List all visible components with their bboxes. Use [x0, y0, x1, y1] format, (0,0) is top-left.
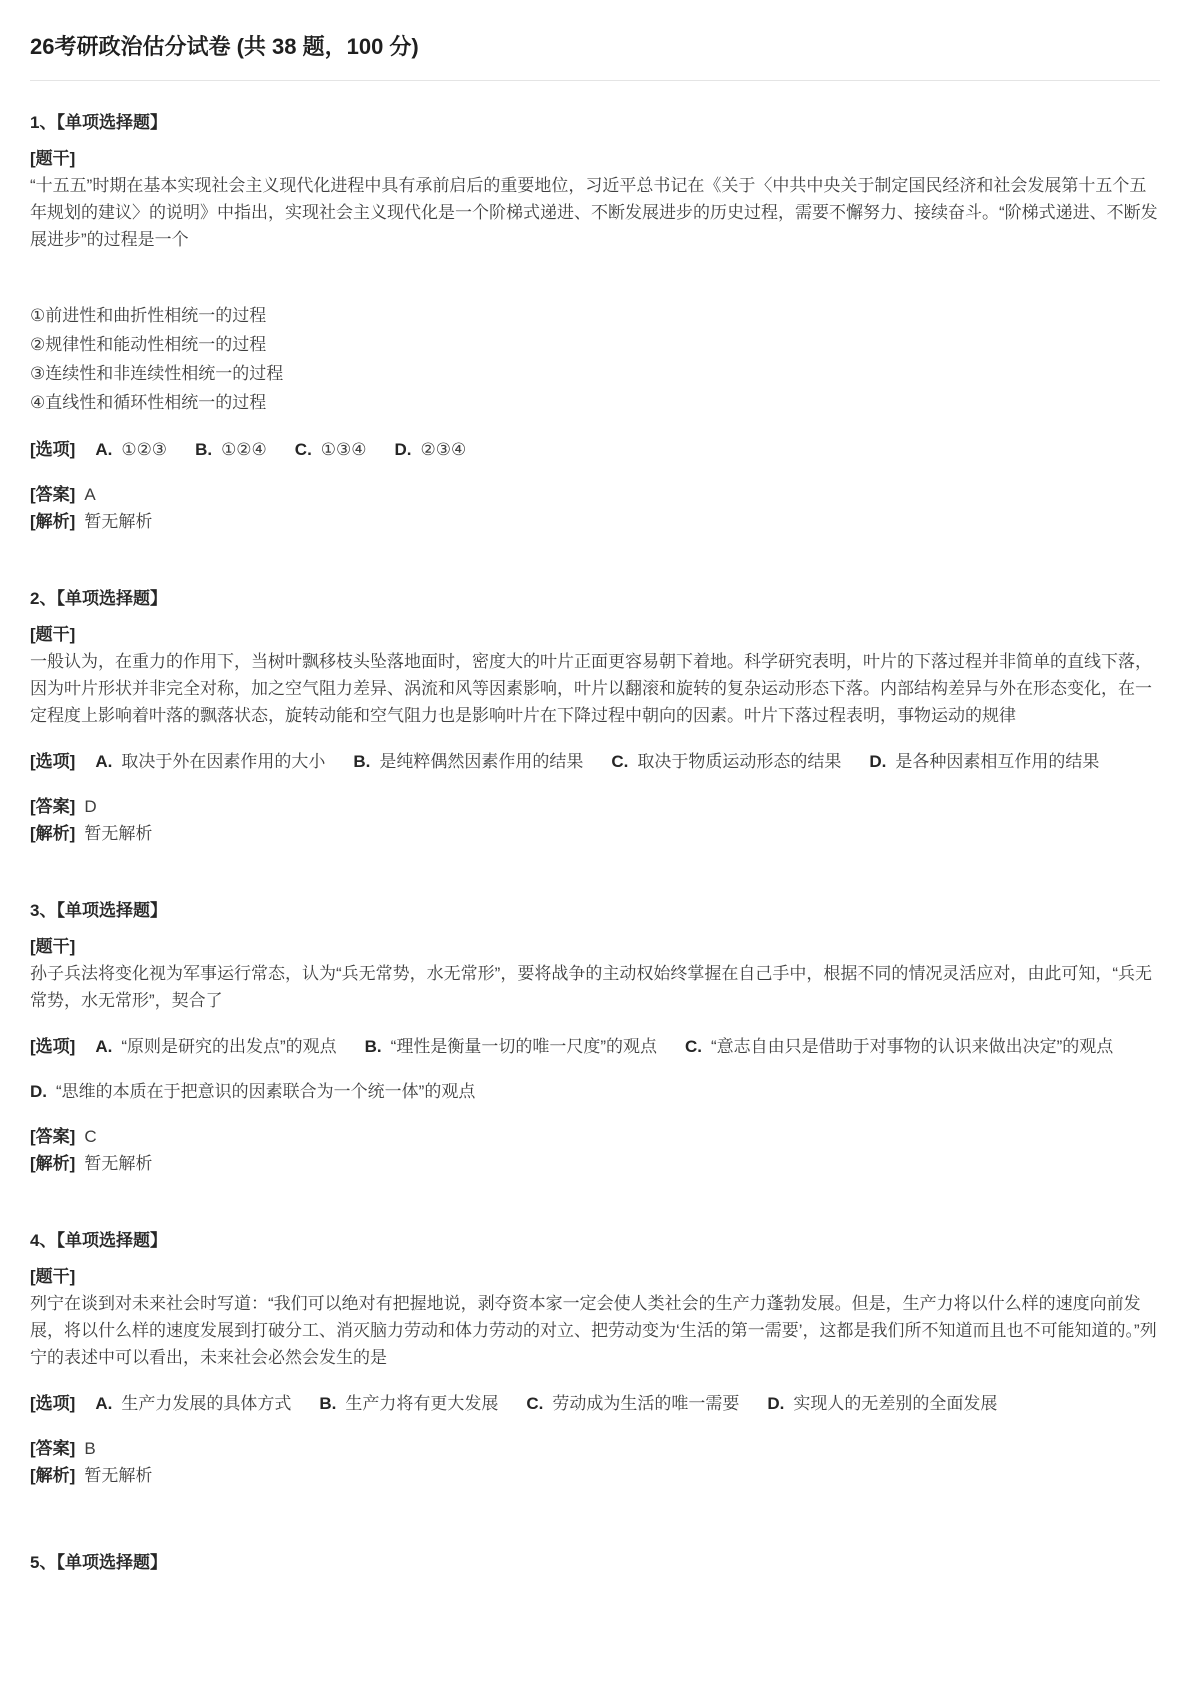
option-key: D. — [395, 440, 412, 459]
sub-items-list: ①前进性和曲折性相统一的过程②规律性和能动性相统一的过程③连续性和非连续性相统一… — [30, 301, 1160, 417]
page-title: 26考研政治估分试卷 (共 38 题，100 分) — [30, 34, 1160, 60]
option-text: 取决于物质运动形态的结果 — [637, 752, 841, 771]
option: D.“思维的本质在于把意识的因素联合为一个统一体”的观点 — [30, 1082, 475, 1101]
answer-label: [答案] — [30, 485, 75, 504]
option-key: C. — [526, 1394, 543, 1413]
question-header: 2、【单项选择题】 — [30, 587, 1160, 611]
stem-label: [题干] — [30, 933, 1160, 960]
analysis-label: [解析] — [30, 1154, 75, 1173]
option-key: B. — [195, 440, 212, 459]
analysis-label: [解析] — [30, 512, 75, 531]
analysis-label: [解析] — [30, 1466, 75, 1485]
options-row: [选项]A.“原则是研究的出发点”的观点B.“理性是衡量一切的唯一尺度”的观点C… — [30, 1024, 1160, 1114]
sub-item: ③连续性和非连续性相统一的过程 — [30, 359, 1160, 388]
answer-label: [答案] — [30, 1439, 75, 1458]
option: A.生产力发展的具体方式 — [95, 1394, 291, 1413]
options-label: [选项] — [30, 1394, 75, 1413]
sub-item: ②规律性和能动性相统一的过程 — [30, 330, 1160, 359]
answer-label: [答案] — [30, 1127, 75, 1146]
answer-row: [答案]D — [30, 793, 1160, 820]
stem-label: [题干] — [30, 621, 1160, 648]
answer-value: C — [84, 1127, 96, 1146]
option: D.是各种因素相互作用的结果 — [869, 752, 1099, 771]
option: B.生产力将有更大发展 — [319, 1394, 498, 1413]
option-key: B. — [365, 1037, 382, 1056]
analysis-value: 暂无解析 — [84, 1466, 152, 1485]
options-label: [选项] — [30, 440, 75, 459]
option-text: 实现人的无差别的全面发展 — [793, 1394, 997, 1413]
option-text: 生产力发展的具体方式 — [121, 1394, 291, 1413]
option-text: 劳动成为生活的唯一需要 — [552, 1394, 739, 1413]
option: B.是纯粹偶然因素作用的结果 — [353, 752, 583, 771]
analysis-row: [解析]暂无解析 — [30, 820, 1160, 847]
option: A.“原则是研究的出发点”的观点 — [95, 1037, 336, 1056]
option-key: A. — [95, 752, 112, 771]
option-text: “思维的本质在于把意识的因素联合为一个统一体”的观点 — [56, 1082, 475, 1101]
analysis-row: [解析]暂无解析 — [30, 1462, 1160, 1489]
option-text: 取决于外在因素作用的大小 — [121, 752, 325, 771]
option: B.“理性是衡量一切的唯一尺度”的观点 — [365, 1037, 657, 1056]
option-key: A. — [95, 440, 112, 459]
option-key: B. — [319, 1394, 336, 1413]
answer-label: [答案] — [30, 797, 75, 816]
question-block: 1、【单项选择题】[题干]“十五五”时期在基本实现社会主义现代化进程中具有承前启… — [30, 111, 1160, 535]
option: D.实现人的无差别的全面发展 — [767, 1394, 997, 1413]
answer-value: D — [84, 797, 96, 816]
answer-value: A — [84, 485, 95, 504]
answer-row: [答案]C — [30, 1123, 1160, 1150]
option: C.“意志自由只是借助于对事物的认识来做出决定”的观点 — [685, 1037, 1113, 1056]
option-key: C. — [295, 440, 312, 459]
sub-item: ④直线性和循环性相统一的过程 — [30, 388, 1160, 417]
question-stem: 一般认为，在重力的作用下，当树叶飘移枝头坠落地面时，密度大的叶片正面更容易朝下着… — [30, 648, 1160, 729]
question-stem: 孙子兵法将变化视为军事运行常态，认为“兵无常势，水无常形”，要将战争的主动权始终… — [30, 960, 1160, 1014]
questions-container: 1、【单项选择题】[题干]“十五五”时期在基本实现社会主义现代化进程中具有承前启… — [30, 111, 1160, 1489]
option-key: D. — [869, 752, 886, 771]
sub-item: ①前进性和曲折性相统一的过程 — [30, 301, 1160, 330]
option: B.①②④ — [195, 440, 267, 459]
stem-label: [题干] — [30, 1263, 1160, 1290]
option-text: 是各种因素相互作用的结果 — [895, 752, 1099, 771]
option-text: ①②③ — [121, 440, 167, 459]
option: D.②③④ — [395, 440, 467, 459]
answer-row: [答案]B — [30, 1435, 1160, 1462]
title-divider — [30, 80, 1160, 81]
analysis-row: [解析]暂无解析 — [30, 1150, 1160, 1177]
option-key: C. — [611, 752, 628, 771]
next-question-header: 5、【单项选择题】 — [30, 1551, 1160, 1575]
question-block: 2、【单项选择题】[题干]一般认为，在重力的作用下，当树叶飘移枝头坠落地面时，密… — [30, 587, 1160, 847]
analysis-row: [解析]暂无解析 — [30, 508, 1160, 535]
question-stem: 列宁在谈到对未来社会时写道：“我们可以绝对有把握地说，剥夺资本家一定会使人类社会… — [30, 1290, 1160, 1371]
question-stem: “十五五”时期在基本实现社会主义现代化进程中具有承前启后的重要地位，习近平总书记… — [30, 172, 1160, 253]
option-key: D. — [30, 1082, 47, 1101]
option: A.取决于外在因素作用的大小 — [95, 752, 325, 771]
option: A.①②③ — [95, 440, 167, 459]
options-row: [选项]A.①②③B.①②④C.①③④D.②③④ — [30, 427, 1160, 472]
options-label: [选项] — [30, 1037, 75, 1056]
stem-label: [题干] — [30, 145, 1160, 172]
exam-document-page: 26考研政治估分试卷 (共 38 题，100 分) 1、【单项选择题】[题干]“… — [0, 0, 1190, 1683]
analysis-value: 暂无解析 — [84, 1154, 152, 1173]
options-row: [选项]A.生产力发展的具体方式B.生产力将有更大发展C.劳动成为生活的唯一需要… — [30, 1381, 1160, 1426]
option: C.劳动成为生活的唯一需要 — [526, 1394, 739, 1413]
option-key: A. — [95, 1037, 112, 1056]
question-block: 3、【单项选择题】[题干]孙子兵法将变化视为军事运行常态，认为“兵无常势，水无常… — [30, 899, 1160, 1177]
answer-value: B — [84, 1439, 95, 1458]
option: C.取决于物质运动形态的结果 — [611, 752, 841, 771]
option-text: 是纯粹偶然因素作用的结果 — [379, 752, 583, 771]
option-key: C. — [685, 1037, 702, 1056]
analysis-value: 暂无解析 — [84, 824, 152, 843]
option-text: “理性是衡量一切的唯一尺度”的观点 — [391, 1037, 657, 1056]
question-block: 4、【单项选择题】[题干]列宁在谈到对未来社会时写道：“我们可以绝对有把握地说，… — [30, 1229, 1160, 1489]
option-text: ②③④ — [421, 440, 467, 459]
option-key: B. — [353, 752, 370, 771]
options-label: [选项] — [30, 752, 75, 771]
analysis-label: [解析] — [30, 824, 75, 843]
option-key: D. — [767, 1394, 784, 1413]
option-key: A. — [95, 1394, 112, 1413]
option-text: “意志自由只是借助于对事物的认识来做出决定”的观点 — [711, 1037, 1113, 1056]
question-header: 4、【单项选择题】 — [30, 1229, 1160, 1253]
question-header: 3、【单项选择题】 — [30, 899, 1160, 923]
answer-row: [答案]A — [30, 481, 1160, 508]
options-row: [选项]A.取决于外在因素作用的大小B.是纯粹偶然因素作用的结果C.取决于物质运… — [30, 739, 1160, 784]
analysis-value: 暂无解析 — [84, 512, 152, 531]
option-text: ①②④ — [221, 440, 267, 459]
option-text: “原则是研究的出发点”的观点 — [121, 1037, 336, 1056]
option-text: 生产力将有更大发展 — [345, 1394, 498, 1413]
question-header: 1、【单项选择题】 — [30, 111, 1160, 135]
option: C.①③④ — [295, 440, 367, 459]
option-text: ①③④ — [321, 440, 367, 459]
